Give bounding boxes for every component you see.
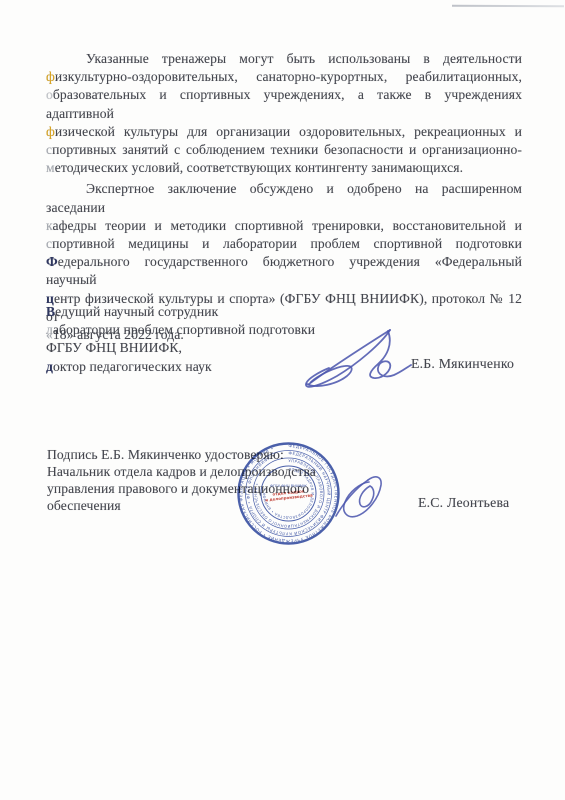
text-line: лаборатории проблем спортивной подготовк… [46, 321, 315, 339]
signer-name: Е.Б. Мякинченко [411, 356, 514, 372]
text-line: Ведущий научный сотрудник [46, 303, 315, 321]
attestation-name: Е.С. Леонтьева [418, 495, 509, 511]
text-line: физкультурно-оздоровительных, санаторно-… [46, 68, 522, 86]
scan-discolored-letter: д [46, 359, 53, 374]
scan-discolored-letter: л [46, 322, 53, 337]
text-line: методических условий, соответствующих ко… [46, 159, 522, 177]
signature-myakinchenko [293, 322, 415, 394]
text-line: образовательных и спортивных учреждениях… [46, 86, 522, 122]
text-line: Федерального государственного бюджетного… [46, 253, 522, 289]
scanned-document-page: Указанные тренажеры могут быть использов… [0, 0, 565, 800]
signature-leontyeva [332, 470, 384, 520]
scan-discolored-letter: к [46, 218, 53, 233]
stamp-center-blue-text: ФГБУ ФНЦ ВНИИФК [270, 484, 307, 488]
signer-block: Ведущий научный сотрудниклаборатории про… [46, 303, 315, 376]
text-line: кафедры теории и методики спортивной тре… [46, 217, 522, 235]
scan-discolored-letter: Ф [46, 254, 58, 269]
text-line: доктор педагогических наук [46, 358, 315, 376]
document-body: Указанные тренажеры могут быть использов… [46, 50, 522, 344]
text-line: Указанные тренажеры могут быть использов… [46, 50, 522, 68]
scan-discolored-letter: В [46, 304, 55, 319]
scan-discolored-letter: м [46, 160, 55, 175]
text-line: ФГБУ ФНЦ ВНИИФК, [46, 339, 315, 357]
scan-discolored-letter: с [46, 142, 52, 157]
scan-discolored-letter: ф [46, 69, 55, 84]
text-line: спортивных занятий с соблюдением техники… [46, 141, 522, 159]
official-stamp-icon: ФЕДЕРАЛЬНОЕ ГОСУДАРСТВЕННОЕ БЮДЖЕТНОЕ УЧ… [237, 442, 340, 545]
text-line: Экспертное заключение обсуждено и одобре… [46, 180, 522, 216]
scan-discolored-letter: ф [46, 124, 55, 139]
text-line: физической культуры для организации оздо… [46, 123, 522, 141]
scan-artifact-line [452, 5, 564, 8]
scan-discolored-letter: о [46, 87, 53, 102]
text-line: спортивной медицины и лаборатории пробле… [46, 235, 522, 253]
paragraph-usage: Указанные тренажеры могут быть использов… [46, 50, 522, 177]
scan-discolored-letter: с [46, 236, 52, 251]
